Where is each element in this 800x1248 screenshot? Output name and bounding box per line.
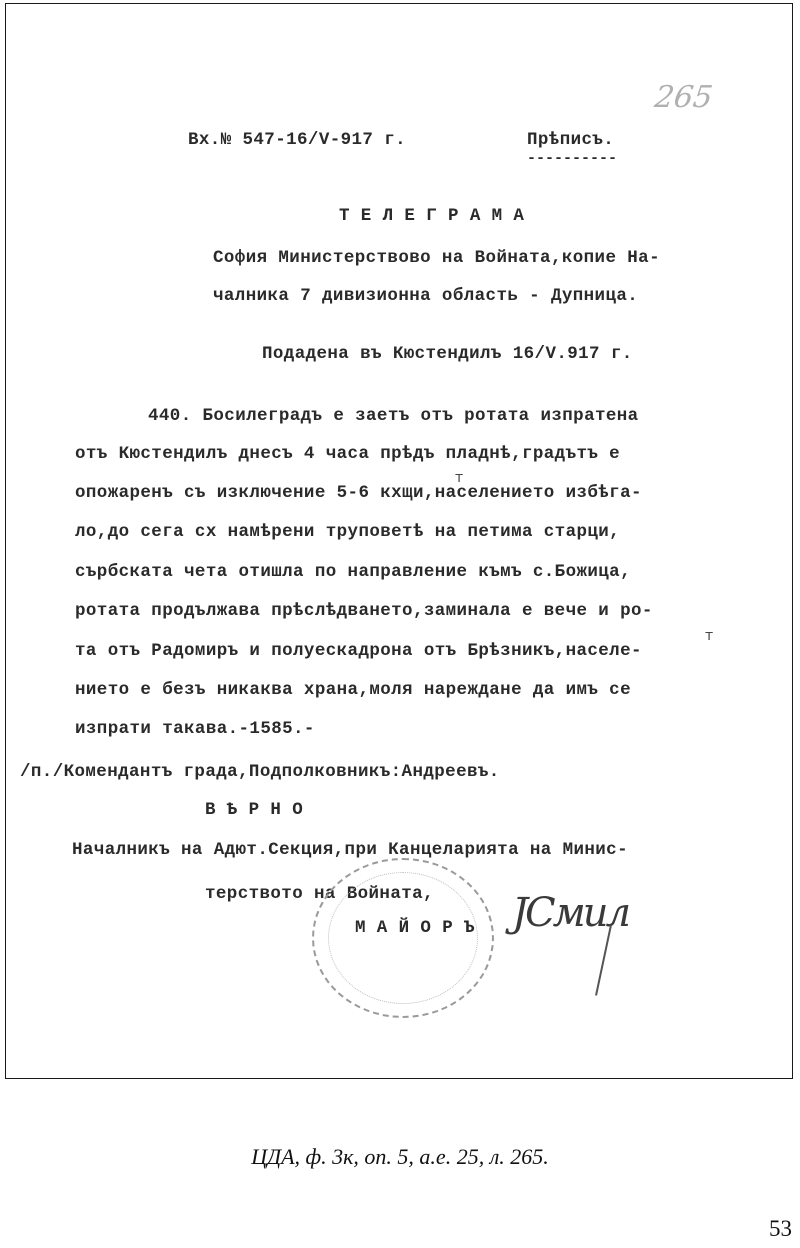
official-stamp (312, 858, 494, 1018)
address-line-1: София Министерствово на Войната,копие На… (213, 248, 660, 268)
body-line-9: изпрати такава.-1585.- (75, 719, 315, 739)
certifier-line-1: Началникъ на Адют.Секция,при Канцеларият… (72, 840, 628, 860)
archive-citation: ЦДА, ф. 3к, оп. 5, а.е. 25, л. 265. (0, 1144, 800, 1170)
page-number: 53 (769, 1216, 792, 1242)
handwritten-correction-2: т (705, 628, 713, 644)
handwritten-correction-1: т (455, 470, 463, 486)
address-line-2: чалника 7 дивизионна область - Дупница. (213, 286, 638, 306)
incoming-number: Вх.№ 547-16/V-917 г. (188, 130, 406, 150)
submitted-line: Подадена въ Кюстендилъ 16/V.917 г. (262, 344, 633, 364)
certified-label: В Ѣ Р Н О (205, 800, 303, 820)
copy-label: Прѣписъ. (527, 130, 614, 150)
rank-label: М А Й О Р Ъ (355, 918, 475, 938)
body-line-2: отъ Кюстендилъ днесъ 4 часа прѣдъ пладнѣ… (75, 444, 620, 464)
body-line-5: сърбската чета отишла по направление към… (75, 562, 631, 582)
body-line-4: ло,до сега сх намѣрени труповетѣ на пети… (75, 522, 620, 542)
body-line-7: та отъ Радомиръ и полуескадрона отъ Брѣз… (75, 641, 642, 661)
body-line-8: нието е безъ никаква храна,моля нареждан… (75, 680, 631, 700)
handwritten-folio-number: 265 (653, 80, 715, 115)
body-line-3: опожаренъ съ изключение 5-6 кхщи,населен… (75, 483, 642, 503)
body-line-1: 440. Босилеградъ е заетъ отъ ротата изпр… (148, 406, 639, 426)
telegram-title: Т Е Л Е Г Р А М А (339, 206, 524, 226)
copy-underline: ---------- (527, 150, 617, 167)
signed-by-line: /п./Комендантъ града,Подполковникъ:Андре… (20, 762, 500, 782)
body-line-6: ротата продължава прѣслѣдването,заминала… (75, 601, 653, 621)
